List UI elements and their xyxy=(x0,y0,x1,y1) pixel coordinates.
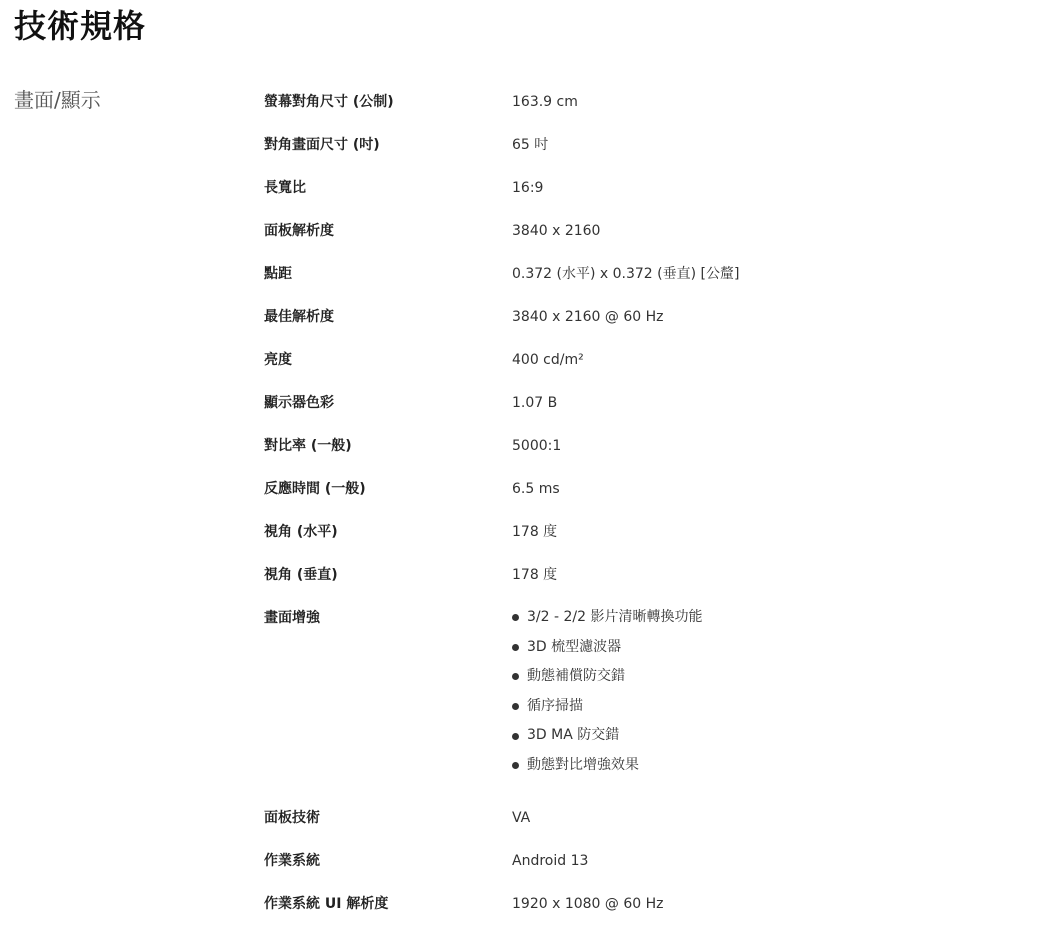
spec-label: 畫面增強 xyxy=(264,602,512,634)
list-item-text: 動態補償防交錯 xyxy=(527,662,625,692)
spec-row-pixel-pitch: 點距 0.372 (水平) x 0.372 (垂直) [公釐] xyxy=(264,258,1024,301)
section-heading: 畫面/顯示 xyxy=(14,86,101,114)
bullet-icon xyxy=(512,673,519,680)
list-item-text: 3D MA 防交錯 xyxy=(527,721,619,751)
spec-row-contrast-ratio: 對比率 (一般) 5000:1 xyxy=(264,430,1024,473)
spec-label: 視角 (垂直) xyxy=(264,559,512,591)
list-item: 3/2 - 2/2 影片清晰轉換功能 xyxy=(512,603,1024,633)
list-item: 3D MA 防交錯 xyxy=(512,721,1024,751)
spec-label: 反應時間 (一般) xyxy=(264,473,512,505)
bullet-icon xyxy=(512,644,519,651)
spec-value: 163.9 cm xyxy=(512,86,1024,118)
spec-row-viewing-angle-horizontal: 視角 (水平) 178 度 xyxy=(264,516,1024,559)
spec-value: VA xyxy=(512,802,1024,834)
spec-value: 65 吋 xyxy=(512,129,1024,161)
spec-row-operating-system: 作業系統 Android 13 xyxy=(264,845,1024,888)
spec-label: 長寬比 xyxy=(264,172,512,204)
spec-row-panel-technology: 面板技術 VA xyxy=(264,802,1024,845)
spec-row-aspect-ratio: 長寬比 16:9 xyxy=(264,172,1024,215)
list-item: 3D 梳型濾波器 xyxy=(512,633,1024,663)
spec-row-brightness: 亮度 400 cd/m² xyxy=(264,344,1024,387)
spec-value: 3/2 - 2/2 影片清晰轉換功能 3D 梳型濾波器 動態補償防交錯 循序掃描 xyxy=(512,602,1024,781)
spec-row-panel-resolution: 面板解析度 3840 x 2160 xyxy=(264,215,1024,258)
spec-value: 5000:1 xyxy=(512,430,1024,462)
spec-label: 對角畫面尺寸 (吋) xyxy=(264,129,512,161)
spec-label: 作業系統 UI 解析度 xyxy=(264,888,512,920)
spec-label: 對比率 (一般) xyxy=(264,430,512,462)
spec-value: 16:9 xyxy=(512,172,1024,204)
spec-label: 作業系統 xyxy=(264,845,512,877)
spec-label: 面板技術 xyxy=(264,802,512,834)
spec-list: 螢幕對角尺寸 (公制) 163.9 cm 對角畫面尺寸 (吋) 65 吋 長寬比… xyxy=(264,86,1024,931)
spec-value: 1.07 B xyxy=(512,387,1024,419)
spec-row-viewing-angle-vertical: 視角 (垂直) 178 度 xyxy=(264,559,1024,602)
spec-value: 178 度 xyxy=(512,559,1024,591)
list-item-text: 循序掃描 xyxy=(527,692,583,722)
spec-value: 1920 x 1080 @ 60 Hz xyxy=(512,888,1024,920)
list-item-text: 3D 梳型濾波器 xyxy=(527,633,621,663)
spec-value: Android 13 xyxy=(512,845,1024,877)
enhancement-list: 3/2 - 2/2 影片清晰轉換功能 3D 梳型濾波器 動態補償防交錯 循序掃描 xyxy=(512,603,1024,781)
spec-value: 3840 x 2160 xyxy=(512,215,1024,247)
spec-row-screen-size-inch: 對角畫面尺寸 (吋) 65 吋 xyxy=(264,129,1024,172)
bullet-icon xyxy=(512,703,519,710)
spec-value: 0.372 (水平) x 0.372 (垂直) [公釐] xyxy=(512,258,1024,290)
spec-row-os-ui-resolution: 作業系統 UI 解析度 1920 x 1080 @ 60 Hz xyxy=(264,888,1024,931)
spec-label: 最佳解析度 xyxy=(264,301,512,333)
spec-row-display-colors: 顯示器色彩 1.07 B xyxy=(264,387,1024,430)
spec-label: 亮度 xyxy=(264,344,512,376)
spec-value: 3840 x 2160 @ 60 Hz xyxy=(512,301,1024,333)
list-item: 循序掃描 xyxy=(512,692,1024,722)
spec-value: 400 cd/m² xyxy=(512,344,1024,376)
spec-value: 6.5 ms xyxy=(512,473,1024,505)
spec-row-optimal-resolution: 最佳解析度 3840 x 2160 @ 60 Hz xyxy=(264,301,1024,344)
spec-row-screen-size-metric: 螢幕對角尺寸 (公制) 163.9 cm xyxy=(264,86,1024,129)
bullet-icon xyxy=(512,614,519,621)
page-title: 技術規格 xyxy=(14,4,146,48)
bullet-icon xyxy=(512,733,519,740)
spec-label: 視角 (水平) xyxy=(264,516,512,548)
spec-label: 面板解析度 xyxy=(264,215,512,247)
spec-row-picture-enhancement: 畫面增強 3/2 - 2/2 影片清晰轉換功能 3D 梳型濾波器 動態補償防交錯 xyxy=(264,602,1024,802)
spec-row-response-time: 反應時間 (一般) 6.5 ms xyxy=(264,473,1024,516)
spec-label: 螢幕對角尺寸 (公制) xyxy=(264,86,512,118)
spec-value: 178 度 xyxy=(512,516,1024,548)
list-item-text: 動態對比增強效果 xyxy=(527,751,639,781)
list-item-text: 3/2 - 2/2 影片清晰轉換功能 xyxy=(527,603,702,633)
spec-label: 點距 xyxy=(264,258,512,290)
spec-label: 顯示器色彩 xyxy=(264,387,512,419)
list-item: 動態對比增強效果 xyxy=(512,751,1024,781)
bullet-icon xyxy=(512,762,519,769)
list-item: 動態補償防交錯 xyxy=(512,662,1024,692)
